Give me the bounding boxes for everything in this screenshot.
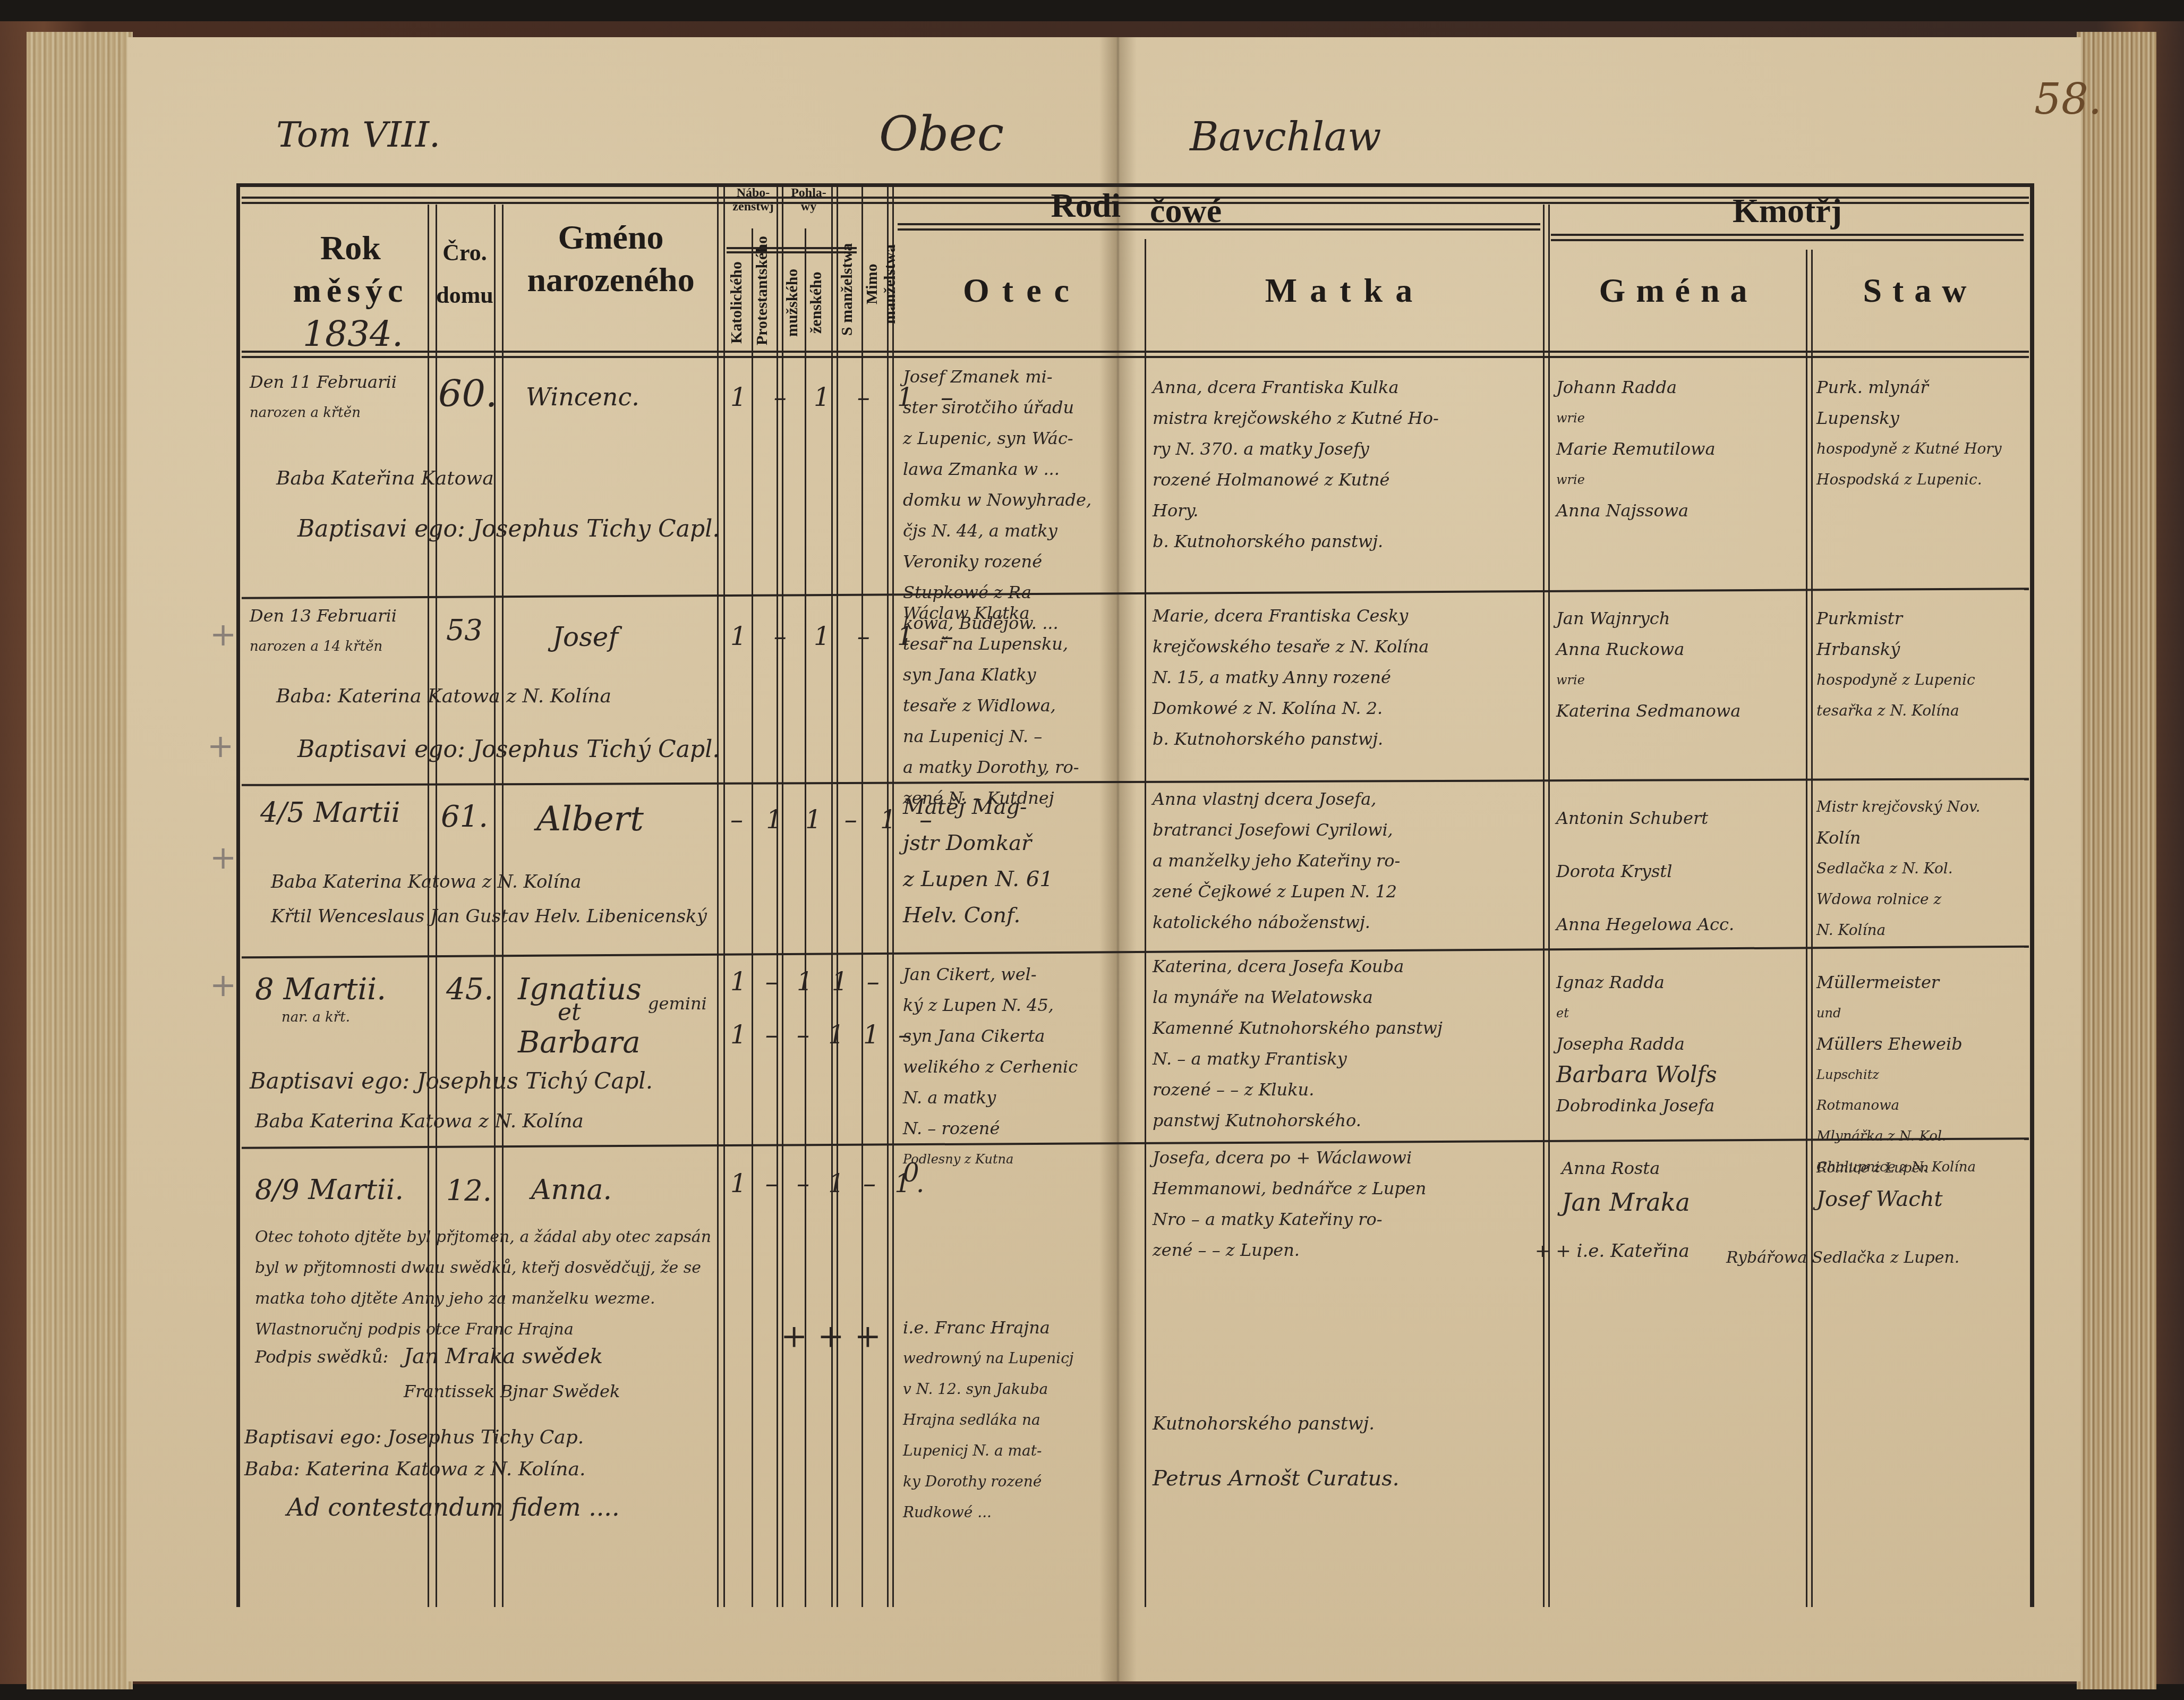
entry-witness-label: Podpis swědků:	[255, 1347, 388, 1367]
col-divider-name-2	[723, 183, 725, 1607]
entry-godparents-names: Johann Raddawrie Marie Remutilowawrie An…	[1556, 372, 1716, 526]
col-divider-gmena-staw	[1806, 250, 1807, 1607]
entry-house-number: 53	[446, 614, 483, 647]
col-divider-name	[717, 183, 719, 1607]
entry-baptised-by: Křtil Wenceslaus Jan Gustav Helv. Libeni…	[271, 906, 707, 927]
page-number: 58.	[2034, 74, 2102, 124]
entry-date: 4/5 Martii	[260, 797, 400, 829]
entry-baptised-by: Baptisavi ego: Josephus Tichý Capl.	[250, 1068, 653, 1094]
entry-mother: Anna vlastnj dcera Josefa,bratranci Jose…	[1153, 784, 1400, 938]
entry-date-note: nar. a křt.	[281, 1009, 350, 1025]
page-edges-right	[2077, 32, 2156, 1689]
entry-attestation: Ad contestandum fidem ....	[287, 1493, 620, 1521]
header-cowe: čowé	[1150, 191, 1230, 231]
entry-godparents-names: Anna Rosta Jan Mraka	[1562, 1153, 1690, 1221]
header-katolickeho: Katolického	[728, 260, 751, 345]
entry-baptised-by: Baptisavi ego: Josephus Tichy Capl.	[297, 515, 720, 542]
header-rok: Rok	[297, 228, 404, 268]
header-nabozenstwi: Nábo-ženstwj	[727, 186, 780, 214]
entry-mother: Anna, dcera Frantiska Kulkamistra krejčo…	[1153, 372, 1439, 557]
header-bottom-rule	[242, 351, 2029, 358]
entry-mother: Marie, dcera Frantiska Ceskykrejčowského…	[1153, 600, 1429, 754]
obec-value: Bavchlaw	[1190, 114, 1381, 160]
nabozenstwi-rule	[727, 247, 857, 253]
header-zenskeho: ženského	[807, 260, 831, 345]
header-otec: Otec	[903, 271, 1142, 310]
book-background-bottom	[0, 1684, 2184, 1700]
entry-godparent-mark: + + i.e. Kateřina	[1535, 1240, 1690, 1262]
entry-godparents-status: Mistr krejčovský Nov.Kolín Sedlačka z N.…	[1816, 792, 1980, 946]
entry-house-number: 60.	[438, 372, 497, 415]
entry-date: Den 13 Februariinarozen a 14 křtěn	[250, 600, 397, 662]
header-matka: Matka	[1150, 271, 1540, 310]
entry-sign-crosses: + + +	[781, 1317, 881, 1355]
entry-godparents-names: Ignaz Raddaet Josepha RaddaBarbara Wolfs…	[1556, 967, 1717, 1121]
entry-date: 8 Martii.	[255, 972, 386, 1007]
entry-godparents-status: PurkmistrHrbanský hospodyně z Lupenictes…	[1816, 603, 1975, 726]
entry-godparents-status: Purk. mlynářLupensky hospodyně z Kutné H…	[1816, 372, 2002, 495]
col-divider-otec-matka	[1145, 239, 1146, 1607]
header-protestantskeho: Protestantského	[753, 260, 777, 345]
margin-cross-mark: +	[210, 839, 236, 877]
entry-witness-1: Jan Mraka swědek	[404, 1344, 603, 1368]
entry-father: i.e. Franc Hrajnawedrowný na Lupenicjv N…	[903, 1312, 1074, 1528]
entry-godparents-status: Müllermeisterund Müllers EheweibLupschit…	[1816, 967, 1976, 1183]
kmotri-rule	[1551, 234, 2024, 241]
entry-father: Matěj Mag-jstr Domkař z Lupen N. 61Helv.…	[903, 789, 1053, 933]
entry-date: Den 11 Februariinarozen a křtěn	[250, 367, 397, 428]
col-divider-muz	[805, 228, 806, 1607]
header-gmena: Gména	[1551, 271, 1806, 310]
entry-child-name-et: et	[558, 999, 581, 1026]
header-narozeneho: narozeného	[510, 260, 712, 300]
header-mesyc: měsýc	[287, 271, 414, 310]
margin-cross-mark: +	[210, 967, 236, 1004]
header-pohlawy: Pohla-wy	[783, 186, 834, 214]
entry-godparents-names: Antonin SchubertDorota Krystl Anna Hegel…	[1556, 792, 1734, 951]
page-edges-left	[27, 32, 133, 1689]
header-s-manzelstwa: S manželstwa	[838, 234, 861, 345]
entry-baptised-by: Baptisavi ego: Josephus Tichy Cap.	[244, 1426, 584, 1448]
entry-house-number: 61.	[441, 800, 488, 834]
entry-child-name: Wincenc.	[526, 382, 639, 411]
entry-mother: Josefa, dcera po + WáclawowiHemmanowi, b…	[1153, 1142, 1426, 1265]
entry-father: Josef Zmanek mi-ster sirotčiho úřaduz Lu…	[903, 361, 1091, 639]
entry-child-name-2: Barbara	[518, 1025, 641, 1060]
entry-midwife: Baba: Katerina Katowa z N. Kolína	[276, 685, 611, 707]
margin-cross-mark: +	[210, 616, 236, 653]
curate-signature: Petrus Arnošt Curatus.	[1153, 1466, 1400, 1491]
col-divider-matka-kmotri-2	[1548, 205, 1550, 1607]
entry-godparents-status: Rolnice z Lupen Josef Wacht	[1816, 1153, 1943, 1214]
entry-tally-marks-2: 1 – – 1 1 –	[730, 1020, 916, 1050]
entry-midwife: Baba Katerina Katowa z N. Kolína	[271, 871, 581, 892]
header-muzskeho: mužského	[783, 260, 805, 345]
entry-child-name: Albert	[536, 800, 644, 839]
entry-child-name: Josef	[552, 622, 618, 652]
entry-midwife: Baba Kateřina Katowa	[276, 467, 494, 489]
volume-label: Tom VIII.	[276, 114, 440, 155]
margin-cross-mark: +	[207, 728, 234, 765]
header-rodi: Rodi	[1041, 186, 1121, 225]
entry-house-number: 12.	[446, 1174, 492, 1208]
header-staw: Staw	[1814, 271, 2026, 310]
col-divider-matka-kmotri	[1543, 205, 1545, 1607]
header-kmotri: Kmotřj	[1551, 191, 2024, 231]
entry-legitimation-note: Otec tohoto djtěte byl přjtomen, a žádal…	[255, 1222, 711, 1345]
entry-tally-marks: 1 – 1 1 –	[730, 967, 885, 997]
obec-label: Obec	[879, 106, 1004, 162]
col-divider-kat	[752, 228, 753, 1607]
entry-date: 8/9 Martii.	[255, 1174, 404, 1206]
entry-child-name: Anna.	[531, 1174, 612, 1206]
entry-house-number: 45.	[446, 972, 493, 1007]
entry-midwife: Baba Katerina Katowa z N. Kolína	[255, 1110, 584, 1132]
col-divider-gmena-staw-2	[1811, 250, 1813, 1607]
entry-midwife: Baba: Katerina Katowa z N. Kolína.	[244, 1458, 585, 1480]
entry-witness-2: Frantissek Bjnar Swědek	[404, 1381, 620, 1401]
entry-baptised-by: Baptisavi ego: Josephus Tichý Capl.	[297, 736, 720, 763]
entry-tally-marks: 1 – – 1 – 1.	[730, 1169, 929, 1198]
header-cislo: Čro.	[433, 239, 497, 266]
header-mimo-manzelstwa: Mimo manželstwa	[863, 223, 886, 345]
entry-mother: Katerina, dcera Josefa Koubala mynáře na…	[1153, 951, 1443, 1136]
entry-twins-label: gemini	[648, 993, 707, 1014]
entry-godparents-names: Jan WajnrychAnna Ruckowa wrieKaterina Se…	[1556, 603, 1741, 726]
header-gmeno: Gméno	[510, 218, 712, 257]
entry-godparent-status-2: Rybářowa Sedlačka z Lupen.	[1726, 1248, 1959, 1267]
entry-father: Jan Cikert, wel-ký z Lupen N. 45,syn Jan…	[903, 959, 1078, 1175]
book-background-top	[0, 0, 2184, 21]
entry-mother-dominion: Kutnohorského panstwj.	[1153, 1413, 1375, 1434]
entry-illegitimate-mark: 0	[903, 1158, 919, 1188]
header-year: 1834.	[303, 313, 403, 354]
header-domu: domu	[433, 282, 497, 309]
entry-father: Wáclaw Klatkatesař na Lupensku,syn Jana …	[903, 598, 1079, 813]
